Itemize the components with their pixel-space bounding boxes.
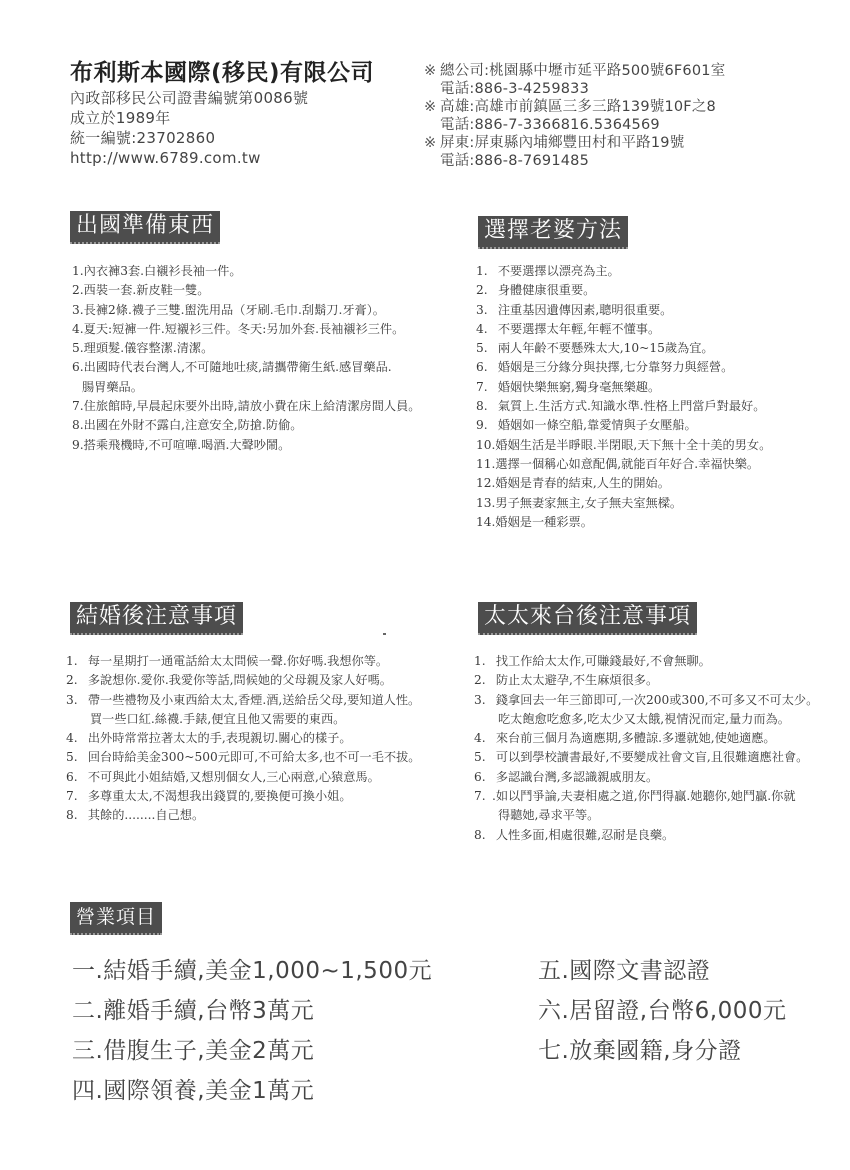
business-item: 一.結婚手續,美金1,000~1,500元 xyxy=(72,951,432,991)
list-item: 6. 婚姻是三分緣分與抉擇,七分靠努力與經營。 xyxy=(476,358,771,377)
list-item-continuation: 得聽她,尋求平等。 xyxy=(474,806,818,825)
business-item: 四.國際領養,美金1萬元 xyxy=(72,1071,432,1111)
section-title: 太太來台後注意事項 xyxy=(478,602,697,635)
list-item: 4.夏天:短褲一件.短襯衫三件。冬天:另加外套.長袖襯衫三件。 xyxy=(72,320,420,339)
list-item: 1. 不要選擇以漂亮為主。 xyxy=(476,262,771,281)
office-phone: 電話:886-3-4259833 xyxy=(424,80,725,98)
list-item: 8.出國在外財不露白,注意安全,防搶.防偷。 xyxy=(72,416,420,435)
list-item: 7. 多尊重太太,不渴想我出錢買的,要換便可換小姐。 xyxy=(66,787,420,806)
after-marriage-list: 1. 每一星期打一通電話給太太問候一聲.你好嗎.我想你等。 2. 多說想你.愛你… xyxy=(66,652,420,826)
list-item: 5. 兩人年齡不要懸殊太大,10~15歲為宜。 xyxy=(476,339,771,358)
business-item: 二.離婚手續,台幣3萬元 xyxy=(72,991,432,1031)
office-phone: 電話:886-8-7691485 xyxy=(424,152,725,170)
section-title: 結婚後注意事項 xyxy=(70,602,243,635)
list-item: 3. 錢拿回去一年三節即可,一次200或300,不可多又不可太少。 xyxy=(474,691,818,710)
office-kaohsiung: ※高雄:高雄市前鎮區三多三路139號10F之8 xyxy=(424,98,725,116)
tax-id: 統一編號:23702860 xyxy=(70,128,374,148)
list-item: 4. 來台前三個月為適應期,多體諒.多遷就她,使她適應。 xyxy=(474,729,818,748)
list-item: 1. 找工作給太太作,可賺錢最好,不會無聊。 xyxy=(474,652,818,671)
office-address: 高雄:高雄市前鎮區三多三路139號10F之8 xyxy=(440,99,716,115)
list-item: 6. 多認識台灣,多認識親戚朋友。 xyxy=(474,768,818,787)
list-item: 3. 注重基因遺傳因素,聰明很重要。 xyxy=(476,301,771,320)
list-item: 9.搭乘飛機時,不可喧嘩.喝酒.大聲吵鬧。 xyxy=(72,436,420,455)
section-prepare: 出國準備東西 xyxy=(70,211,220,244)
business-item: 六.居留證,台幣6,000元 xyxy=(538,991,786,1031)
list-item-continuation: 吃太飽愈吃愈多,吃太少又太餓,視情況而定,量力而為。 xyxy=(474,710,818,729)
list-item: 5. 可以到學校讀書最好,不要變成社會文盲,且很難適應社會。 xyxy=(474,748,818,767)
list-item: 5. 回台時給美金300~500元即可,不可給太多,也不可一毛不拔。 xyxy=(66,748,420,767)
scan-speck xyxy=(383,633,386,635)
list-item: 8. 氣質上.生活方式.知識水準.性格上門當戶對最好。 xyxy=(476,397,771,416)
prepare-list: 1.內衣褲3套.白襯衫長袖一件。 2.西裝一套.新皮鞋一雙。 3.長褲2條.襪子… xyxy=(72,262,420,455)
list-item: 6.出國時代表台灣人,不可隨地吐痰,請攜帶衛生紙.感冒藥品. xyxy=(72,358,420,377)
list-item: 4. 出外時常常拉著太太的手,表現親切.關心的樣子。 xyxy=(66,729,420,748)
reference-mark-icon: ※ xyxy=(424,98,440,116)
business-item: 七.放棄國籍,身分證 xyxy=(538,1031,786,1071)
list-item: 2. 身體健康很重要。 xyxy=(476,281,771,300)
section-choose-wife: 選擇老婆方法 xyxy=(478,216,628,249)
reference-mark-icon: ※ xyxy=(424,134,440,152)
list-item-continuation: 腸胃藥品。 xyxy=(72,378,420,397)
list-item: 7. 婚姻快樂無窮,獨身毫無樂趣。 xyxy=(476,378,771,397)
section-business: 營業項目 xyxy=(70,902,162,935)
business-item: 五.國際文書認證 xyxy=(538,951,786,991)
license-number: 內政部移民公司證書編號第0086號 xyxy=(70,88,374,108)
office-phone: 電話:886-7-3366816.5364569 xyxy=(424,116,725,134)
list-item: 5.理頭髮.儀容整潔.清潔。 xyxy=(72,339,420,358)
website-link[interactable]: http://www.6789.com.tw xyxy=(70,148,374,168)
list-item: 7.住旅館時,早晨起床要外出時,請放小費在床上給清潔房間人員。 xyxy=(72,397,420,416)
office-list: ※總公司:桃園縣中壢市延平路500號6F601室 電話:886-3-425983… xyxy=(424,62,725,170)
list-item: 7..如以鬥爭論,夫妻相處之道,你鬥得贏.她聽你,她鬥贏.你就 xyxy=(474,787,818,806)
list-item: 14.婚姻是一種彩票。 xyxy=(476,513,771,532)
section-after-marriage: 結婚後注意事項 xyxy=(70,602,243,635)
business-item: 三.借腹生子,美金2萬元 xyxy=(72,1031,432,1071)
section-wife-in-taiwan: 太太來台後注意事項 xyxy=(478,602,697,635)
list-item: 8. 人性多面,相處很難,忍耐是良藥。 xyxy=(474,826,818,845)
list-item: 3. 帶一些禮物及小東西給太太,香煙.酒,送給岳父母,要知道人性。 xyxy=(66,691,420,710)
list-item-continuation: 買一些口紅.絲襪.手錶,便宜且他又需要的東西。 xyxy=(66,710,420,729)
list-item: 1.內衣褲3套.白襯衫長袖一件。 xyxy=(72,262,420,281)
list-item: 8. 其餘的........自己想。 xyxy=(66,806,420,825)
office-address: 屏東:屏東縣內埔鄉豐田村和平路19號 xyxy=(440,135,684,151)
list-item: 6. 不可與此小姐結婚,又想別個女人,三心兩意,心猿意馬。 xyxy=(66,768,420,787)
office-hq: ※總公司:桃園縣中壢市延平路500號6F601室 xyxy=(424,62,725,80)
company-info: 布利斯本國際(移民)有限公司 內政部移民公司證書編號第0086號 成立於1989… xyxy=(70,58,374,168)
office-address: 總公司:桃園縣中壢市延平路500號6F601室 xyxy=(440,63,725,79)
list-item: 3.長褲2條.襪子三雙.盥洗用品（牙刷.毛巾.刮鬍刀.牙膏）。 xyxy=(72,301,420,320)
business-list-right: 五.國際文書認證 六.居留證,台幣6,000元 七.放棄國籍,身分證 xyxy=(538,951,786,1071)
section-title: 營業項目 xyxy=(70,902,162,935)
choose-wife-list: 1. 不要選擇以漂亮為主。 2. 身體健康很重要。 3. 注重基因遺傳因素,聰明… xyxy=(476,262,771,532)
list-item: 10.婚姻生活是半睜眼.半閉眼,天下無十全十美的男女。 xyxy=(476,436,771,455)
list-item: 1. 每一星期打一通電話給太太問候一聲.你好嗎.我想你等。 xyxy=(66,652,420,671)
list-item: 2. 防止太太避孕,不生麻煩很多。 xyxy=(474,671,818,690)
list-item: 2.西裝一套.新皮鞋一雙。 xyxy=(72,281,420,300)
list-item: 13.男子無妻家無主,女子無夫室無樑。 xyxy=(476,494,771,513)
reference-mark-icon: ※ xyxy=(424,62,440,80)
section-title: 出國準備東西 xyxy=(70,211,220,244)
list-item: 4. 不要選擇太年輕,年輕不懂事。 xyxy=(476,320,771,339)
founded-year: 成立於1989年 xyxy=(70,108,374,128)
list-item: 11.選擇一個稱心如意配偶,就能百年好合.幸福快樂。 xyxy=(476,455,771,474)
wife-in-taiwan-list: 1. 找工作給太太作,可賺錢最好,不會無聊。 2. 防止太太避孕,不生麻煩很多。… xyxy=(474,652,818,845)
company-name: 布利斯本國際(移民)有限公司 xyxy=(70,58,374,88)
office-pingtung: ※屏東:屏東縣內埔鄉豐田村和平路19號 xyxy=(424,134,725,152)
list-item: 12.婚姻是青春的結束,人生的開始。 xyxy=(476,474,771,493)
section-title: 選擇老婆方法 xyxy=(478,216,628,249)
list-item: 2. 多說想你.愛你.我愛你等話,問候她的父母親及家人好嗎。 xyxy=(66,671,420,690)
business-list-left: 一.結婚手續,美金1,000~1,500元 二.離婚手續,台幣3萬元 三.借腹生… xyxy=(72,951,432,1111)
list-item: 9. 婚姻如一條空船,靠愛情與子女壓船。 xyxy=(476,416,771,435)
